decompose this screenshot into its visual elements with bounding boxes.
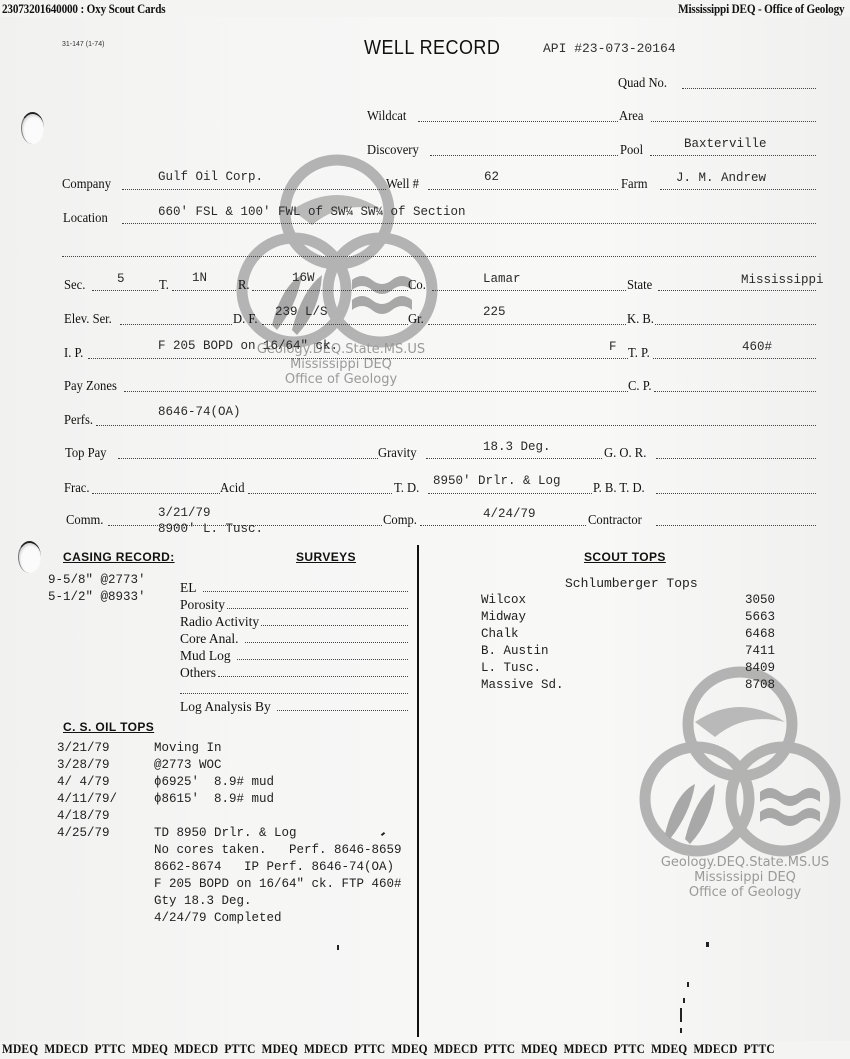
gor-label: G. O. R. — [604, 446, 646, 462]
gor-field[interactable] — [656, 458, 816, 459]
acid-label: Acid — [220, 481, 244, 497]
survey-row-blank[interactable] — [180, 681, 408, 698]
perfs-field[interactable] — [96, 425, 816, 426]
log-entry: 4/ 4/79ϕ6925' 8.9# mud — [57, 774, 402, 791]
ip-label: I. P. — [64, 346, 83, 362]
log-text: F 205 BOPD on 16/64" ck. FTP 460# — [154, 876, 402, 893]
top-row: B. Austin7411 — [481, 643, 775, 660]
td-value: 8950' Drlr. & Log — [433, 474, 561, 488]
farm-label: Farm — [621, 177, 648, 193]
pool-label: Pool — [620, 143, 643, 159]
survey-row-mud-log[interactable]: Mud Log — [180, 647, 408, 664]
t-field[interactable] — [172, 290, 236, 291]
company-value: Gulf Oil Corp. — [158, 170, 263, 184]
formation-name: B. Austin — [481, 643, 549, 660]
company-label: Company — [62, 177, 111, 193]
log-date: 4/25/79 — [57, 825, 154, 842]
log-entry: 3/28/79@2773 WOC — [57, 757, 402, 774]
location-label: Location — [63, 211, 108, 227]
t-label: T. — [159, 278, 169, 294]
kb-field[interactable] — [655, 324, 816, 325]
log-entry: 4/11/79/ϕ8615' 8.9# mud — [57, 791, 402, 808]
comp-label: Comp. — [383, 513, 417, 529]
pool-field[interactable] — [650, 155, 816, 156]
log-entry: 4/25/79TD 8950 Drlr. & Log — [57, 825, 402, 842]
perfs-value: 8646-74(OA) — [158, 405, 241, 419]
farm-value: J. M. Andrew — [676, 171, 766, 185]
state-label: State — [627, 278, 652, 294]
cp-label: C. P. — [628, 379, 651, 395]
log-text: 4/24/79 Completed — [154, 910, 282, 927]
log-text: ϕ6925' 8.9# mud — [154, 774, 274, 791]
document-header-left: 23073201640000 : Oxy Scout Cards — [2, 1, 165, 17]
casing-record-list: 9-5/8" @2773' 5-1/2" @8933' — [48, 572, 146, 606]
perfs-label: Perfs. — [64, 413, 93, 429]
footer-watermark-bar: MDEQ MDECD PTTC MDEQ MDECD PTTC MDEQ MDE… — [2, 1041, 775, 1057]
frac-field[interactable] — [92, 493, 220, 494]
frac-label: Frac. — [64, 481, 90, 497]
formation-name: Chalk — [481, 626, 519, 643]
state-field[interactable] — [658, 290, 816, 291]
log-text: 8662-8674 IP Perf. 8646-74(OA) — [154, 859, 394, 876]
log-text: TD 8950 Drlr. & Log — [154, 825, 297, 842]
survey-row-core-anal[interactable]: Core Anal. — [180, 630, 408, 647]
kb-label: K. B. — [627, 312, 654, 328]
formation-depth: 3050 — [745, 592, 775, 609]
log-entry: 4/24/79 Completed — [57, 910, 402, 927]
top-row: Chalk6468 — [481, 626, 775, 643]
log-date: 4/ 4/79 — [57, 774, 154, 791]
td-field[interactable] — [428, 493, 592, 494]
column-divider — [417, 545, 419, 1037]
log-entry: 8662-8674 IP Perf. 8646-74(OA) — [57, 859, 402, 876]
ip-value: F 205 BOPD on 16/64" ck. — [158, 339, 338, 353]
survey-row-others[interactable]: Others — [180, 664, 408, 681]
form-title: WELL RECORD — [364, 37, 500, 60]
formation-name: Massive Sd. — [481, 677, 564, 694]
log-date: 3/21/79 — [57, 740, 154, 757]
farm-field[interactable] — [660, 189, 816, 190]
log-date: 4/18/79 — [57, 808, 154, 825]
scout-tops-table: Wilcox3050 Midway5663 Chalk6468 B. Austi… — [481, 592, 775, 694]
elev-ser-label: Elev. Ser. — [64, 312, 112, 328]
quad-no-label: Quad No. — [618, 76, 667, 92]
r-value: 16W — [292, 271, 315, 285]
survey-label: Log Analysis By — [180, 698, 271, 715]
r-label: R. — [238, 278, 250, 294]
t-value: 1N — [192, 271, 207, 285]
well-no-field[interactable] — [428, 189, 618, 190]
survey-label: EL — [180, 579, 197, 596]
log-text: Gty 18.3 Deg. — [154, 893, 252, 910]
discovery-field[interactable] — [430, 155, 618, 156]
form-number: 31-147 (1-74) — [62, 41, 104, 48]
casing-record-heading: CASING RECORD: — [63, 550, 175, 564]
casing-item: 5-1/2" @8933' — [48, 589, 146, 606]
surveys-list: EL Porosity Radio Activity Core Anal. Mu… — [180, 579, 408, 715]
company-field[interactable] — [122, 189, 386, 190]
df-value: 239 L/S — [275, 305, 328, 319]
well-no-value: 62 — [484, 170, 499, 184]
document-header-right: Mississippi DEQ - Office of Geology — [678, 1, 844, 17]
formation-depth: 6468 — [745, 626, 775, 643]
formation-depth: 8409 — [745, 660, 775, 677]
ip-flow-flag: F — [609, 340, 617, 354]
scout-tops-heading: SCOUT TOPS — [584, 550, 666, 564]
comm-label: Comm. — [66, 513, 103, 529]
scout-tops-subheading: Schlumberger Tops — [565, 575, 698, 592]
co-field[interactable] — [432, 290, 626, 291]
pbtd-label: P. B. T. D. — [593, 481, 645, 497]
log-entry: F 205 BOPD on 16/64" ck. FTP 460# — [57, 876, 402, 893]
top-pay-field[interactable] — [118, 458, 378, 459]
pool-value: Baxterville — [684, 137, 767, 151]
comm-note: 8900' L. Tusc. — [158, 522, 263, 536]
location-field-line2[interactable] — [62, 256, 816, 257]
wildcat-label: Wildcat — [367, 109, 406, 125]
area-label: Area — [619, 109, 643, 125]
log-entry: 3/21/79Moving In — [57, 740, 402, 757]
survey-row-el[interactable]: EL — [180, 579, 408, 596]
gravity-value: 18.3 Deg. — [483, 440, 551, 454]
tp-value: 460# — [742, 340, 772, 354]
top-row: Midway5663 — [481, 609, 775, 626]
cs-oil-tops-heading: C. S. OIL TOPS — [63, 720, 154, 734]
survey-label: Porosity — [180, 596, 225, 613]
gr-field[interactable] — [428, 324, 626, 325]
tp-field[interactable] — [653, 358, 816, 359]
pay-zones-label: Pay Zones — [64, 379, 117, 395]
survey-row-porosity[interactable]: Porosity — [180, 596, 408, 613]
surveys-heading: SURVEYS — [296, 550, 356, 564]
contractor-field[interactable] — [656, 525, 816, 526]
log-entry: No cores taken. Perf. 8646-8659 — [57, 842, 402, 859]
formation-name: L. Tusc. — [481, 660, 541, 677]
top-row: Massive Sd.8708 — [481, 677, 775, 694]
r-field[interactable] — [252, 290, 408, 291]
scan-speck — [706, 942, 709, 947]
wildcat-field[interactable] — [418, 121, 618, 122]
top-row: Wilcox3050 — [481, 592, 775, 609]
state-value: Mississippi — [741, 273, 824, 287]
sec-value: 5 — [117, 272, 125, 286]
location-value: 660' FSL & 100' FWL of SW¼ SW¼ of Sectio… — [158, 205, 466, 219]
gr-label: Gr. — [408, 312, 424, 328]
log-text: No cores taken. Perf. 8646-8659 — [154, 842, 402, 859]
log-text: @2773 WOC — [154, 757, 222, 774]
contractor-label: Contractor — [588, 513, 642, 529]
formation-name: Wilcox — [481, 592, 526, 609]
survey-row-log-analysis-by[interactable]: Log Analysis By — [180, 698, 408, 715]
formation-name: Midway — [481, 609, 526, 626]
comp-value: 4/24/79 — [483, 507, 536, 521]
scan-speck — [683, 998, 685, 1003]
survey-label: Radio Activity — [180, 613, 259, 630]
scan-speck — [337, 945, 339, 950]
area-field[interactable] — [651, 121, 816, 122]
df-field[interactable] — [262, 324, 408, 325]
pbtd-field[interactable] — [656, 493, 816, 494]
log-date: 3/28/79 — [57, 757, 154, 774]
sec-label: Sec. — [64, 278, 85, 294]
api-number: API #23-073-20164 — [543, 41, 676, 56]
df-label: D. F. — [233, 312, 258, 328]
pay-zones-field[interactable] — [124, 391, 628, 392]
casing-item: 9-5/8" @2773' — [48, 572, 146, 589]
tp-label: T. P. — [628, 346, 650, 362]
co-value: Lamar — [483, 272, 521, 286]
top-pay-label: Top Pay — [65, 446, 106, 462]
survey-label: Others — [180, 664, 216, 681]
formation-depth: 7411 — [745, 643, 775, 660]
location-field[interactable] — [122, 223, 816, 224]
survey-label: Core Anal. — [180, 630, 239, 647]
comm-value: 3/21/79 — [158, 506, 211, 520]
log-entry: 4/18/79 — [57, 808, 402, 825]
top-row: L. Tusc.8409 — [481, 660, 775, 677]
punch-hole-icon — [21, 112, 44, 144]
gr-value: 225 — [483, 305, 506, 319]
scan-speck — [687, 982, 689, 987]
scan-speck — [680, 1008, 682, 1022]
survey-row-radio-activity[interactable]: Radio Activity — [180, 613, 408, 630]
ip-field[interactable] — [88, 358, 628, 359]
well-no-label: Well # — [386, 177, 419, 193]
log-entry: Gty 18.3 Deg. — [57, 893, 402, 910]
survey-label: Mud Log — [180, 647, 231, 664]
log-date: 4/11/79/ — [57, 791, 154, 808]
scan-speck — [680, 1028, 682, 1033]
log-text: ϕ8615' 8.9# mud — [154, 791, 274, 808]
quad-no-field[interactable] — [682, 88, 816, 89]
acid-field[interactable] — [248, 493, 392, 494]
log-text: Moving In — [154, 740, 222, 757]
formation-depth: 8708 — [745, 677, 775, 694]
discovery-label: Discovery — [367, 143, 419, 159]
sec-field[interactable] — [92, 290, 158, 291]
cs-oil-tops-log: 3/21/79Moving In 3/28/79@2773 WOC 4/ 4/7… — [57, 740, 402, 927]
cp-field[interactable] — [654, 391, 816, 392]
gravity-field[interactable] — [426, 458, 602, 459]
formation-depth: 5663 — [745, 609, 775, 626]
comp-field[interactable] — [420, 525, 586, 526]
elev-ser-field[interactable] — [120, 324, 232, 325]
co-label: Co. — [408, 278, 426, 294]
gravity-label: Gravity — [378, 446, 416, 462]
td-label: T. D. — [394, 481, 419, 497]
punch-hole-icon — [18, 541, 41, 573]
